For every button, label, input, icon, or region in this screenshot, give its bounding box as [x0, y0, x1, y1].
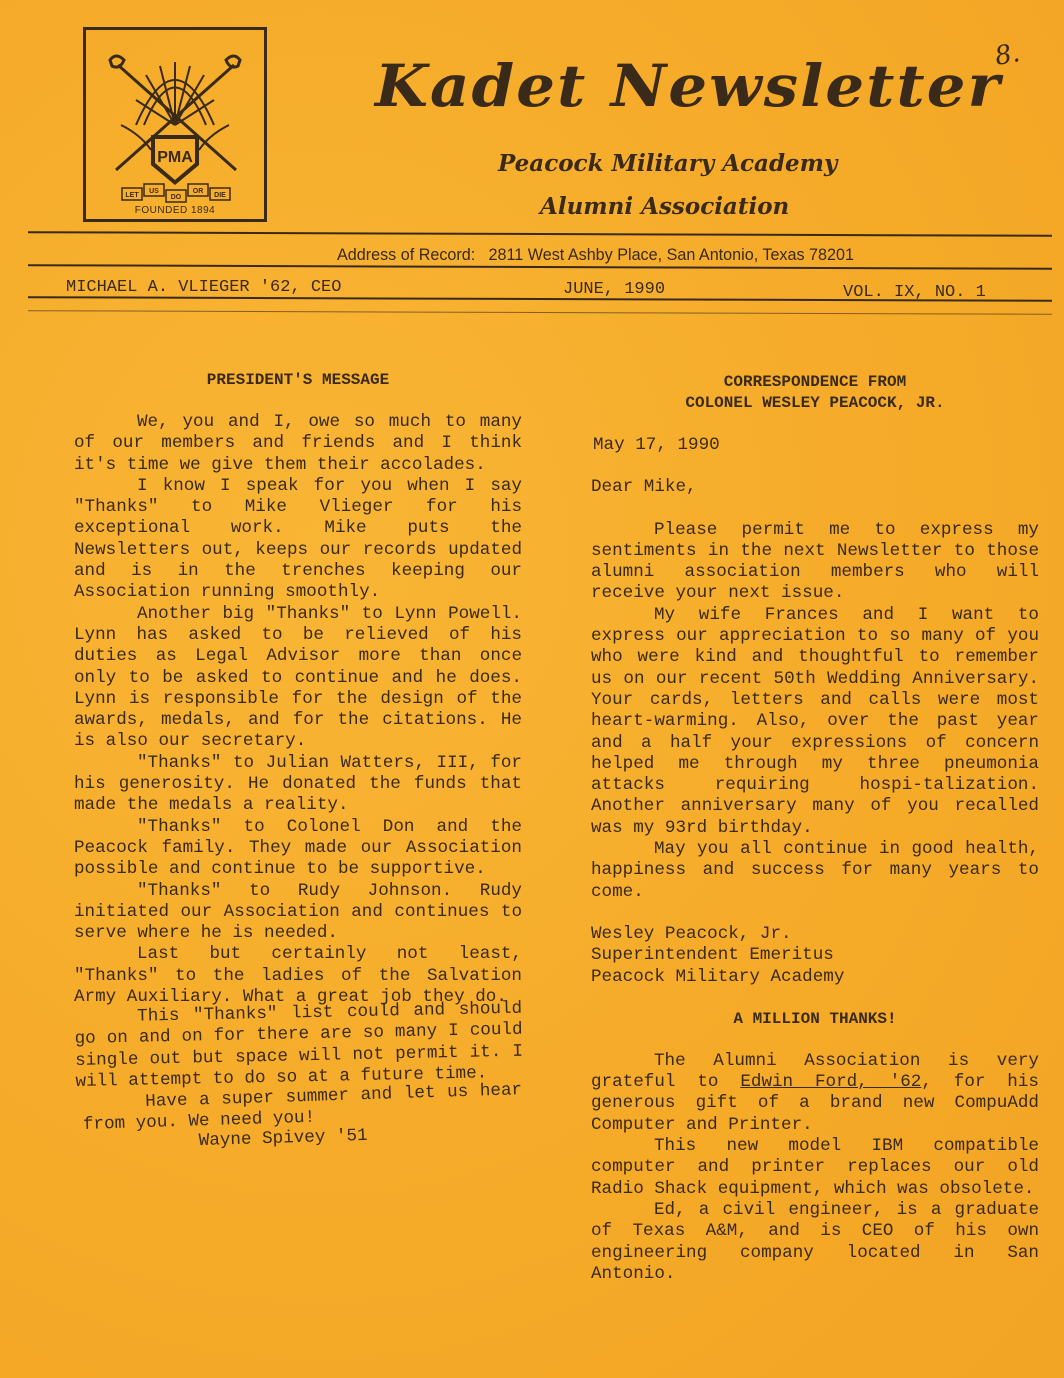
divider — [28, 264, 1052, 270]
svg-text:DO: DO — [171, 194, 182, 201]
signature-name: Wesley Peacock, Jr. — [591, 924, 1039, 945]
paragraph: "Thanks" to Rudy Johnson. Rudy initiated… — [74, 881, 522, 945]
paragraph: Ed, a civil engineer, is a graduate of T… — [591, 1200, 1039, 1285]
paragraph: We, you and I, owe so much to many of ou… — [74, 412, 522, 476]
presidents-message-article: PRESIDENT'S MESSAGE We, you and I, owe s… — [74, 370, 522, 1157]
signature-org: Peacock Military Academy — [591, 967, 1039, 988]
million-thanks-heading: A MILLION THANKS! — [591, 1009, 1039, 1030]
salutation: Dear Mike, — [591, 477, 1039, 498]
editor-credit: MICHAEL A. VLIEGER '62, CEO — [66, 278, 341, 297]
paragraph: I know I speak for you when I say "Thank… — [74, 476, 522, 604]
peacock-crest-icon: PMA LET US DO OR DIE — [86, 30, 264, 219]
divider — [28, 310, 1052, 315]
paragraph: "Thanks" to Julian Watters, III, for his… — [74, 753, 522, 817]
academy-crest-logo: PMA LET US DO OR DIE FOUNDED 1894 — [83, 27, 267, 222]
paragraph: My wife Frances and I want to express ou… — [591, 605, 1039, 839]
svg-text:DIE: DIE — [214, 192, 226, 199]
founded-year: FOUNDED 1894 — [86, 205, 264, 216]
address-value: 2811 West Ashby Place, San Antonio, Texa… — [489, 245, 854, 264]
paragraph: The Alumni Association is very grateful … — [591, 1051, 1039, 1136]
svg-text:LET: LET — [125, 192, 139, 199]
address-of-record: Address of Record:2811 West Ashby Place,… — [337, 245, 854, 265]
letter-date: May 17, 1990 — [593, 435, 1039, 456]
academy-name: Peacock Military Academy — [498, 150, 837, 177]
svg-text:US: US — [149, 188, 159, 195]
paragraph: This new model IBM compatible computer a… — [591, 1136, 1039, 1200]
donor-name: Edwin Ford, '62 — [740, 1072, 921, 1092]
newsletter-title: Kadet Newsletter — [375, 52, 1002, 120]
svg-text:OR: OR — [193, 188, 204, 195]
paragraph: "Thanks" to Colonel Don and the Peacock … — [74, 817, 522, 881]
paragraph: This "Thanks" list could and should go o… — [74, 999, 524, 1094]
association-name: Alumni Association — [540, 193, 789, 220]
article-heading-line2: COLONEL WESLEY PEACOCK, JR. — [591, 393, 1039, 414]
paragraph: Last but certainly not least, "Thanks" t… — [74, 944, 522, 1008]
article-heading-line1: CORRESPONDENCE FROM — [591, 372, 1039, 393]
divider — [28, 231, 1052, 237]
paragraph: May you all continue in good health, hap… — [591, 839, 1039, 903]
article-heading: PRESIDENT'S MESSAGE — [74, 370, 522, 391]
signature-title: Superintendent Emeritus — [591, 945, 1039, 966]
paragraph: Another big "Thanks" to Lynn Powell. Lyn… — [74, 604, 522, 753]
svg-text:PMA: PMA — [157, 149, 193, 166]
correspondence-article: CORRESPONDENCE FROM COLONEL WESLEY PEACO… — [591, 372, 1039, 1285]
address-label: Address of Record: — [337, 245, 475, 264]
handwritten-page-number: 8. — [993, 38, 1023, 72]
paragraph: Please permit me to express my sentiment… — [591, 520, 1039, 605]
issue-date: JUNE, 1990 — [563, 280, 665, 299]
